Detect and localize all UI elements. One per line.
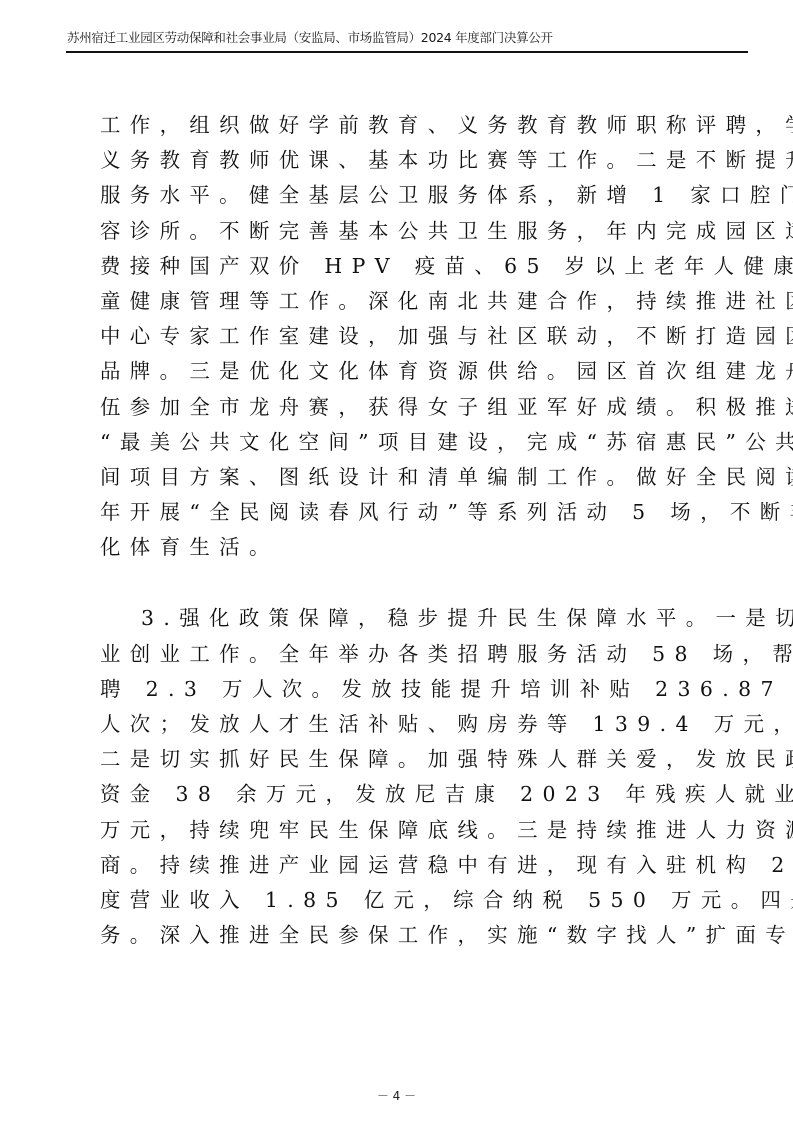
text-line: “最美公共文化空间”项目建设，完成“苏宿惠民”公共文化空 xyxy=(100,425,704,460)
text-line: 容诊所。不断完善基本公共卫生服务，年内完成园区适龄女生免 xyxy=(100,214,704,249)
text-line: 义务教育教师优课、基本功比赛等工作。二是不断提升公共卫生 xyxy=(100,143,704,178)
paragraph-2: 3.强化政策保障，稳步提升民生保障水平。一是切实推动就 业创业工作。全年举办各类… xyxy=(100,601,704,953)
paragraph-1: 工作，组织做好学前教育、义务教育教师职称评聘，学前教育、 义务教育教师优课、基本… xyxy=(100,108,704,565)
paragraph-spacer xyxy=(100,565,704,601)
text-line: 费接种国产双价 HPV 疫苗、65 岁以上老年人健康体检、0-6 岁儿 xyxy=(100,249,704,284)
text-line: 万元，持续兜牢民生保障底线。三是持续推进人力资源产业园招 xyxy=(100,813,704,848)
document-body: 工作，组织做好学前教育、义务教育教师职称评聘，学前教育、 义务教育教师优课、基本… xyxy=(100,108,704,953)
page-number: － 4 － xyxy=(0,1087,793,1104)
text-line: 服务水平。健全基层公卫服务体系，新增 1 家口腔门诊部、1 家美 xyxy=(100,178,704,213)
header-title: 苏州宿迁工业园区劳动保障和社会事业局（安监局、市场监管局）2024 年度部门决算… xyxy=(67,28,553,46)
text-line: 二是切实抓好民生保障。加强特殊人群关爱，发放民政相关补贴 xyxy=(100,742,704,777)
text-line: 间项目方案、图纸设计和清单编制工作。做好全民阅读工作，全 xyxy=(100,460,704,495)
text-line: 业创业工作。全年举办各类招聘服务活动 58 场，帮助重点企业招 xyxy=(100,637,704,672)
text-line: 商。持续推进产业园运营稳中有进，现有入驻机构 21 家，2024 年 xyxy=(100,848,704,883)
text-line: 资金 38 余万元，发放尼吉康 2023 年残疾人就业奖补资金 25.024 xyxy=(100,777,704,812)
text-line: 聘 2.3 万人次。发放技能提升培训补贴 236.87 万元，惠及 1431 xyxy=(100,672,704,707)
text-line: 度营业收入 1.85 亿元，综合纳税 550 万元。四是做优社保经办服 xyxy=(100,883,704,918)
text-line: 务。深入推进全民参保工作，实施“数字找人”扩面专项行动， xyxy=(100,918,704,953)
page-header: 苏州宿迁工业园区劳动保障和社会事业局（安监局、市场监管局）2024 年度部门决算… xyxy=(66,27,748,53)
text-line: 工作，组织做好学前教育、义务教育教师职称评聘，学前教育、 xyxy=(100,108,704,143)
text-line: 伍参加全市龙舟赛，获得女子组亚军好成绩。积极推进江苏省 xyxy=(100,390,704,425)
text-line: 中心专家工作室建设，加强与社区联动，不断打造园区卫生服务 xyxy=(100,319,704,354)
text-line: 人次；发放人才生活补贴、购房券等 139.4 万元，惠及 105 人次。 xyxy=(100,707,704,742)
header-divider xyxy=(66,51,748,53)
text-line: 品牌。三是优化文化体育资源供给。园区首次组建龙舟赛参赛队 xyxy=(100,354,704,389)
text-line-heading: 3.强化政策保障，稳步提升民生保障水平。一是切实推动就 xyxy=(100,601,704,636)
text-line: 童健康管理等工作。深化南北共建合作，持续推进社区卫生服务 xyxy=(100,284,704,319)
text-line: 化体育生活。 xyxy=(100,530,704,565)
text-line: 年开展“全民阅读春风行动”等系列活动 5 场，不断丰富群众文 xyxy=(100,495,704,530)
